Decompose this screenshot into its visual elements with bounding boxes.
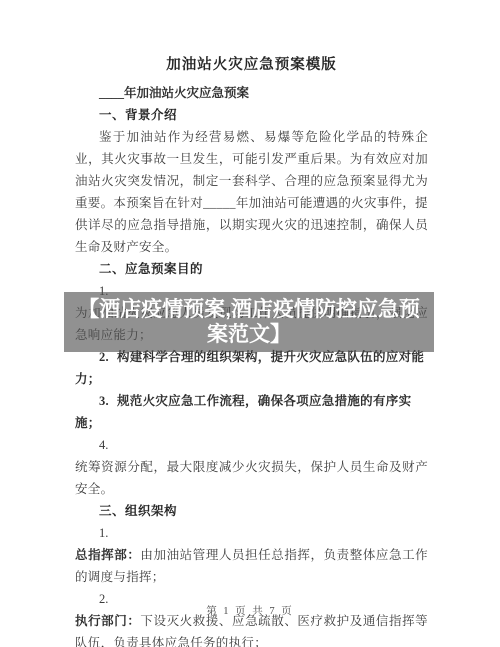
overlay-watermark: 【酒店疫情预案,酒店疫情防控应急预案范文】: [64, 292, 434, 352]
list-item-bold: 2.构建科学合理的组织架构，提升火灾应急队伍的应对能力；: [75, 346, 428, 390]
list-item-text: 规范火灾应急工作流程，确保各项应急措施的有序实施；: [75, 394, 411, 430]
list-item-number: 1.: [75, 522, 428, 544]
list-item-text: 构建科学合理的组织架构，提升火灾应急队伍的应对能力；: [75, 350, 424, 386]
list-item-number: 4.: [75, 434, 428, 456]
document-page: 加油站火灾应急预案模版 ____年加油站火灾应急预案 一、背景介绍 鉴于加油站作…: [0, 0, 500, 647]
list-item-text: 统筹资源分配，最大限度减少火灾损失，保护人员生命及财产安全。: [75, 456, 428, 500]
role-name: 总指挥部：: [75, 548, 140, 562]
page-number-footer: 第 1 页 共 7 页: [0, 605, 500, 618]
role-definition: 总指挥部：由加油站管理人员担任总指挥，负责整体应急工作的调度与指挥；: [75, 544, 428, 588]
section-2-heading: 二、应急预案目的: [75, 258, 428, 280]
section-1-heading: 一、背景介绍: [75, 104, 428, 126]
list-item-number: 2.: [99, 350, 109, 364]
section-3-heading: 三、组织架构: [75, 500, 428, 522]
document-title: 加油站火灾应急预案模版: [75, 54, 428, 76]
list-item-number: 3.: [99, 394, 109, 408]
section-1-paragraph: 鉴于加油站作为经营易燃、易爆等危险化学品的特殊企业，其火灾事故一旦发生，可能引发…: [75, 126, 428, 258]
document-subtitle: ____年加油站火灾应急预案: [75, 82, 428, 104]
list-item-bold: 3.规范火灾应急工作流程，确保各项应急措施的有序实施；: [75, 390, 428, 434]
